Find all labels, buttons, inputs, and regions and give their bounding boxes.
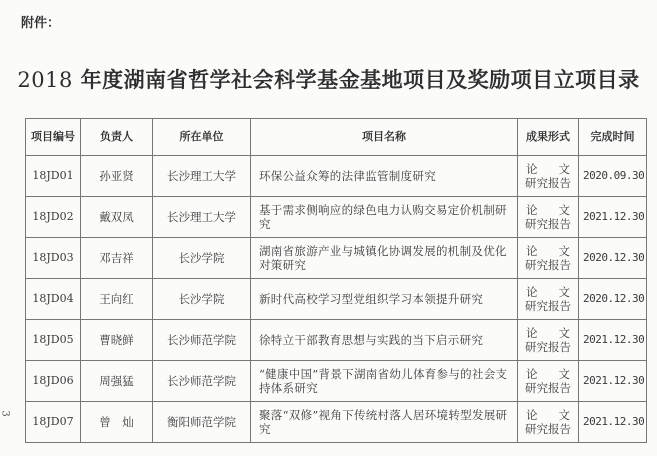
form-paper-b: 文 bbox=[559, 203, 571, 217]
project-name: “健康中国”背景下湖南省幼儿体育参与的社会支持体系研究 bbox=[251, 361, 518, 402]
table-row: 18JD06 周强猛 长沙师范学院 “健康中国”背景下湖南省幼儿体育参与的社会支… bbox=[26, 361, 647, 402]
table-header-row: 项目编号 负责人 所在单位 项目名称 成果形式 完成时间 bbox=[26, 119, 647, 156]
form-report: 研究报告 bbox=[522, 217, 574, 231]
col-header-unit: 所在单位 bbox=[153, 119, 251, 156]
project-code: 18JD04 bbox=[26, 279, 81, 320]
table-row: 18JD07 曾 灿 衡阳师范学院 聚落“双修”视角下传统村落人居环境转型发展研… bbox=[26, 402, 647, 443]
project-date: 2021.12.30 bbox=[579, 320, 647, 361]
form-paper-b: 文 bbox=[559, 244, 571, 258]
form-report: 研究报告 bbox=[522, 381, 574, 395]
project-form: 论文研究报告 bbox=[518, 197, 579, 238]
form-paper-b: 文 bbox=[559, 408, 571, 422]
project-name: 湖南省旅游产业与城镇化协调发展的机制及优化对策研究 bbox=[251, 238, 518, 279]
project-name: 聚落“双修”视角下传统村落人居环境转型发展研究 bbox=[251, 402, 518, 443]
project-unit: 长沙理工大学 bbox=[153, 156, 251, 197]
project-unit: 长沙理工大学 bbox=[153, 197, 251, 238]
project-code: 18JD03 bbox=[26, 238, 81, 279]
project-code: 18JD05 bbox=[26, 320, 81, 361]
col-header-leader: 负责人 bbox=[81, 119, 153, 156]
form-paper-b: 文 bbox=[559, 285, 571, 299]
project-code: 18JD07 bbox=[26, 402, 81, 443]
document-title: 2018 年度湖南省哲学社会科学基金基地项目及奖励项目立项目录 bbox=[0, 64, 657, 94]
project-leader: 邓吉祥 bbox=[81, 238, 153, 279]
project-form: 论文研究报告 bbox=[518, 320, 579, 361]
project-code: 18JD01 bbox=[26, 156, 81, 197]
form-paper-a: 论 bbox=[526, 244, 538, 258]
form-report: 研究报告 bbox=[522, 176, 574, 190]
form-report: 研究报告 bbox=[522, 299, 574, 313]
project-leader: 孙亚贤 bbox=[81, 156, 153, 197]
form-report: 研究报告 bbox=[522, 422, 574, 436]
table-row: 18JD03 邓吉祥 长沙学院 湖南省旅游产业与城镇化协调发展的机制及优化对策研… bbox=[26, 238, 647, 279]
form-paper-a: 论 bbox=[526, 285, 538, 299]
project-name: 环保公益众筹的法律监管制度研究 bbox=[251, 156, 518, 197]
project-code: 18JD06 bbox=[26, 361, 81, 402]
project-leader: 王向红 bbox=[81, 279, 153, 320]
form-paper-a: 论 bbox=[526, 408, 538, 422]
table-row: 18JD04 王向红 长沙学院 新时代高校学习型党组织学习本领提升研究 论文研究… bbox=[26, 279, 647, 320]
project-date: 2021.12.30 bbox=[579, 402, 647, 443]
project-leader: 周强猛 bbox=[81, 361, 153, 402]
title-text: 年度湖南省哲学社会科学基金基地项目及奖励项目立项目录 bbox=[73, 67, 640, 92]
project-date: 2020.12.30 bbox=[579, 279, 647, 320]
project-form: 论文研究报告 bbox=[518, 361, 579, 402]
form-paper-b: 文 bbox=[559, 162, 571, 176]
project-date: 2020.09.30 bbox=[579, 156, 647, 197]
project-unit: 长沙师范学院 bbox=[153, 320, 251, 361]
col-header-form: 成果形式 bbox=[518, 119, 579, 156]
project-form: 论文研究报告 bbox=[518, 156, 579, 197]
col-header-name: 项目名称 bbox=[251, 119, 518, 156]
col-header-date: 完成时间 bbox=[579, 119, 647, 156]
project-leader: 曾 灿 bbox=[81, 402, 153, 443]
project-unit: 长沙学院 bbox=[153, 279, 251, 320]
project-table: 项目编号 负责人 所在单位 项目名称 成果形式 完成时间 18JD01 孙亚贤 … bbox=[25, 118, 647, 443]
form-paper-a: 论 bbox=[526, 326, 538, 340]
project-date: 2021.12.30 bbox=[579, 197, 647, 238]
project-name: 徐特立干部教育思想与实践的当下启示研究 bbox=[251, 320, 518, 361]
table-row: 18JD01 孙亚贤 长沙理工大学 环保公益众筹的法律监管制度研究 论文研究报告… bbox=[26, 156, 647, 197]
col-header-code: 项目编号 bbox=[26, 119, 81, 156]
project-leader: 戴双凤 bbox=[81, 197, 153, 238]
project-code: 18JD02 bbox=[26, 197, 81, 238]
form-report: 研究报告 bbox=[522, 258, 574, 272]
form-paper-b: 文 bbox=[559, 367, 571, 381]
title-year: 2018 bbox=[17, 68, 72, 92]
attachment-label: 附件： bbox=[21, 12, 60, 31]
table-row: 18JD02 戴双凤 长沙理工大学 基于需求侧响应的绿色电力认购交易定价机制研究… bbox=[26, 197, 647, 238]
project-leader: 曹晓鲜 bbox=[81, 320, 153, 361]
project-date: 2020.12.30 bbox=[579, 238, 647, 279]
project-form: 论文研究报告 bbox=[518, 238, 579, 279]
project-form: 论文研究报告 bbox=[518, 402, 579, 443]
project-date: 2021.12.30 bbox=[579, 361, 647, 402]
form-paper-a: 论 bbox=[526, 203, 538, 217]
form-paper-a: 论 bbox=[526, 162, 538, 176]
project-unit: 长沙学院 bbox=[153, 238, 251, 279]
project-unit: 长沙师范学院 bbox=[153, 361, 251, 402]
form-report: 研究报告 bbox=[522, 340, 574, 354]
form-paper-b: 文 bbox=[559, 326, 571, 340]
table-row: 18JD05 曹晓鲜 长沙师范学院 徐特立干部教育思想与实践的当下启示研究 论文… bbox=[26, 320, 647, 361]
project-name: 基于需求侧响应的绿色电力认购交易定价机制研究 bbox=[251, 197, 518, 238]
form-paper-a: 论 bbox=[526, 367, 538, 381]
page-number: 3 bbox=[0, 410, 11, 416]
project-unit: 衡阳师范学院 bbox=[153, 402, 251, 443]
project-name: 新时代高校学习型党组织学习本领提升研究 bbox=[251, 279, 518, 320]
project-form: 论文研究报告 bbox=[518, 279, 579, 320]
